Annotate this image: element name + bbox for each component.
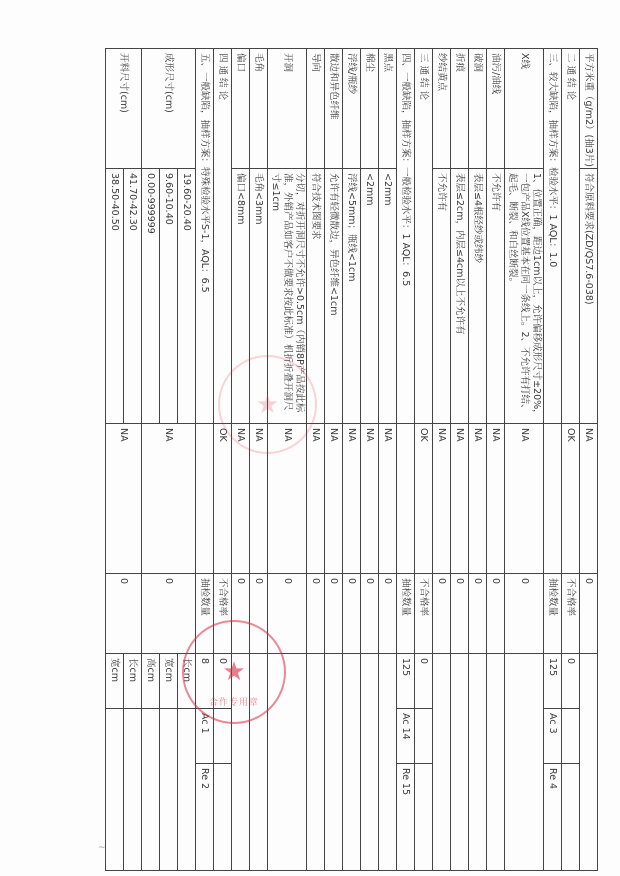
table-row: 棉尘<2mmNA0	[361, 49, 379, 871]
spec-range: 19.60-20.40	[178, 169, 196, 424]
scanned-page: 平方米重（g/m2）(抽3片)符合原料要求(ZD/QS7.6-038)NA0二 …	[0, 0, 620, 876]
defect-count: 0	[505, 574, 544, 654]
re-value	[562, 764, 580, 871]
defect-count: 0	[361, 574, 379, 654]
table-row: X线1、位置正确，距边1cm以上，允许偏移成形尺寸±20%，一包产品X线位置基本…	[505, 49, 544, 871]
label: 不合格率	[415, 574, 433, 654]
item-label: 开洞	[268, 49, 307, 169]
table-cell	[487, 654, 505, 871]
table-cell	[451, 654, 469, 871]
table-row: 油污/油线不允许有NA0	[487, 49, 505, 871]
item-label: 导向	[307, 49, 325, 169]
result-cell: NA	[379, 424, 397, 574]
result-cell: NA	[580, 424, 598, 574]
table-cell	[361, 654, 379, 871]
item-label: X线	[505, 49, 544, 169]
section-header: 三 通 结 论	[415, 49, 433, 424]
section-result: OK	[415, 424, 433, 574]
defect-count: 0	[379, 574, 397, 654]
value: 125	[544, 654, 562, 709]
table-cell	[142, 709, 160, 871]
table-cell	[469, 654, 487, 871]
table-row: 成形尺寸(cm)19.60-20.40NA0长cm	[178, 49, 196, 871]
defect-count: 0	[325, 574, 343, 654]
inspection-table: 平方米重（g/m2）(抽3片)符合原料要求(ZD/QS7.6-038)NA0二 …	[28, 48, 598, 870]
re-value	[415, 764, 433, 871]
result-cell: NA	[433, 424, 451, 574]
table-row: 四、一般缺陷，抽样方案：一般检验水平：1 AQL：6.5抽检数量125Ac 14…	[397, 49, 415, 871]
item-label: 散边和异色纤维	[325, 49, 343, 169]
result-cell: NA	[106, 424, 142, 574]
section-result: OK	[214, 424, 232, 574]
re-value: Re 4	[544, 764, 562, 871]
section-result	[397, 424, 415, 574]
result-cell: NA	[469, 424, 487, 574]
table-row: 破洞表层≤4根经纱或纬纱NA0	[469, 49, 487, 871]
table-row: 二 通 结 论OK不合格率0	[562, 49, 580, 871]
defect-count: 0	[580, 574, 598, 654]
section-header: 二 通 结 论	[562, 49, 580, 424]
unit-label: 宽cm	[160, 654, 178, 709]
standard-text: <2mm	[379, 169, 397, 424]
unit-label: 长cm	[124, 654, 142, 709]
table-cell	[343, 654, 361, 871]
item-label: 油污/油线	[487, 49, 505, 169]
result-cell: NA	[505, 424, 544, 574]
table-row: 平方米重（g/m2）(抽3片)符合原料要求(ZD/QS7.6-038)NA0	[580, 49, 598, 871]
defect-count: 0	[307, 574, 325, 654]
spec-range: 41.70-42.30	[124, 169, 142, 424]
table-cell	[178, 709, 196, 871]
table-row: 黑点<2mmNA0	[379, 49, 397, 871]
value: 125	[397, 654, 415, 709]
table-cell	[505, 654, 544, 871]
ac-value	[415, 709, 433, 764]
result-cell: NA	[343, 424, 361, 574]
label: 抽检数量	[544, 574, 562, 654]
item-label: 毛角	[250, 49, 268, 169]
faded-seal: ★	[218, 355, 317, 454]
standard-text: 不允许有	[487, 169, 505, 424]
unit-label: 高cm	[142, 654, 160, 709]
item-label: 黑点	[379, 49, 397, 169]
table-cell	[124, 709, 142, 871]
value: 0	[562, 654, 580, 709]
standard-text: <2mm	[361, 169, 379, 424]
item-label: 偏口	[232, 49, 250, 169]
table-cell	[160, 709, 178, 871]
defect-count: 0	[433, 574, 451, 654]
spec-range: 38.50-40.50	[106, 169, 124, 424]
defect-count: 0	[469, 574, 487, 654]
item-label: 开料尺寸(cm)	[106, 49, 142, 169]
unit-label: 宽cm	[106, 654, 124, 709]
section-result	[544, 424, 562, 574]
standard-text: 浮线<5mm；瓶线<1cm	[343, 169, 361, 424]
item-label: 破洞	[469, 49, 487, 169]
standard-text: 允许有轻微散边，异色纤维<1cm	[325, 169, 343, 424]
defect-count: 0	[487, 574, 505, 654]
table-row: 五、一般缺陷，抽样方案：特殊检验水平S-1，AQL：6.5抽检数量8Ac 1Re…	[196, 49, 214, 871]
table-cell	[379, 654, 397, 871]
table-row: 折痕表层≤2cm，内层≤4cm以上不允许有NA0	[451, 49, 469, 871]
re-value: Re 2	[196, 764, 214, 871]
standard-text: 符合原料要求(ZD/QS7.6-038)	[580, 169, 598, 424]
standard-text: 表层≤2cm，内层≤4cm以上不允许有	[451, 169, 469, 424]
table-cell	[325, 654, 343, 871]
item-label: 纱结黄点	[433, 49, 451, 169]
defect-count: 0	[142, 574, 196, 654]
table-row: 散边和异色纤维允许有轻微散边，异色纤维<1cmNA0	[325, 49, 343, 871]
table-row: 开料尺寸(cm)41.70-42.30NA0长cm	[124, 49, 142, 871]
standard-text: 不允许有	[433, 169, 451, 424]
result-cell: NA	[142, 424, 196, 574]
table-row: 开洞分切，对折开洞尺寸不允许>0.5cm（内销8P产品按此标准，外销产品如客户不…	[268, 49, 307, 871]
section-header: 四 通 结 论	[214, 49, 232, 424]
result-cell: NA	[487, 424, 505, 574]
result-cell: NA	[361, 424, 379, 574]
label: 抽检数量	[397, 574, 415, 654]
defect-count: 0	[106, 574, 142, 654]
table-cell	[106, 709, 124, 871]
value: 0	[415, 654, 433, 709]
section-header: 五、一般缺陷，抽样方案：特殊检验水平S-1，AQL：6.5	[196, 49, 214, 424]
spec-range: 0.00-999999	[142, 169, 160, 424]
item-label: 折痕	[451, 49, 469, 169]
result-cell: NA	[307, 424, 325, 574]
table-row: 三 通 结 论OK不合格率0	[415, 49, 433, 871]
re-value: Re 15	[397, 764, 415, 871]
table-cell	[307, 654, 325, 871]
section-header: 四、一般缺陷，抽样方案：一般检验水平：1 AQL：6.5	[397, 49, 415, 424]
table-row: 四 通 结 论OK不合格率0	[214, 49, 232, 871]
table-row: 偏口偏口<8mmNA0	[232, 49, 250, 871]
item-label: 成形尺寸(cm)	[142, 49, 196, 169]
section-result	[196, 424, 214, 574]
re-value	[214, 764, 232, 871]
defect-count: 0	[451, 574, 469, 654]
standard-text: 表层≤4根经纱或纬纱	[469, 169, 487, 424]
table-row: 浮线/瓶纱浮线<5mm；瓶线<1cmNA0	[343, 49, 361, 871]
defect-count: 0	[343, 574, 361, 654]
spec-range: 9.60-10.40	[160, 169, 178, 424]
standard-text: 1、位置正确，距边1cm以上，允许偏移成形尺寸±20%，一包产品X线位置基本在同…	[505, 169, 544, 424]
ac-value: Ac 3	[544, 709, 562, 764]
company-seal: ★合作专用章	[182, 620, 286, 724]
table-row: 三、较大缺陷，抽样方案：检验水平：1 AQL：1.0抽检数量125Ac 3Re …	[544, 49, 562, 871]
section-result: OK	[562, 424, 580, 574]
result-cell: NA	[325, 424, 343, 574]
result-cell: NA	[451, 424, 469, 574]
ac-value	[562, 709, 580, 764]
page-mark: ~	[98, 843, 106, 853]
section-header: 三、较大缺陷，抽样方案：检验水平：1 AQL：1.0	[544, 49, 562, 424]
table-row: 导向符合技术图要求NA0	[307, 49, 325, 871]
item-label: 浮线/瓶纱	[343, 49, 361, 169]
table-cell	[433, 654, 451, 871]
item-label: 棉尘	[361, 49, 379, 169]
table-cell	[580, 654, 598, 871]
label: 不合格率	[562, 574, 580, 654]
ac-value: Ac 14	[397, 709, 415, 764]
item-label: 平方米重（g/m2）(抽3片)	[580, 49, 598, 169]
table-row: 纱结黄点不允许有NA0	[433, 49, 451, 871]
table-row: 毛角毛角<3mmNA0	[250, 49, 268, 871]
